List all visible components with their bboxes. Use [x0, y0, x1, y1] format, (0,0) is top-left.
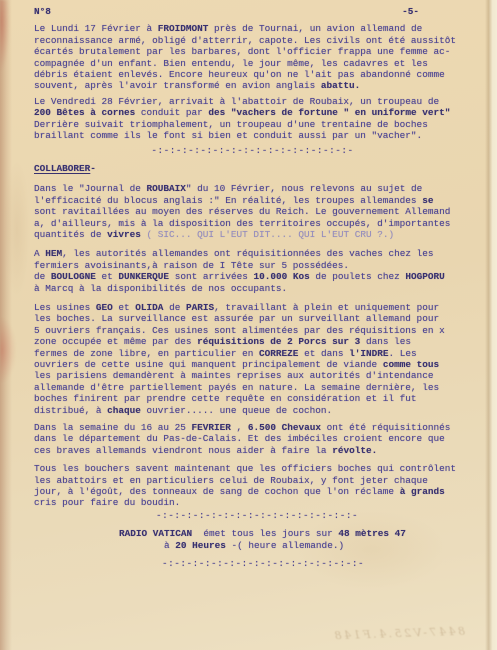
red-edge-mark-middle — [0, 318, 16, 382]
radio-vatican-announcement: RADIO VATICAN émet tous les jours sur 48… — [34, 528, 471, 551]
paragraph-horse-requisitions: Dans la semaine du 16 au 25 FEVRIER , 6.… — [34, 422, 471, 456]
section-heading-collaborer: COLLABORER- — [34, 163, 471, 174]
divider-ornament: -:-:-:-:-:-:-:-:-:-:-:-:-:-:-:-:- — [34, 145, 471, 156]
paragraph-journal-de-roubaix-blockade: Dans le "Journal de ROUBAIX" du 10 Févri… — [34, 183, 471, 240]
scanned-newsletter-page: N°8 -5- Le Lundi 17 Février à FROIDMONT … — [0, 0, 497, 650]
faint-verso-inscription: 8447-V25.4.F148 — [332, 625, 465, 643]
divider-ornament: -:-:-:-:-:-:-:-:-:-:-:-:-:-:-:-:- — [34, 558, 471, 569]
paragraph-hem-cow-requisitions: A HEM, les autorités allemandes ont réqu… — [34, 248, 471, 294]
red-edge-mark-top — [0, 0, 10, 72]
page-number: -5- — [402, 6, 419, 17]
paragraph-geo-olida-factories: Les usines GEO et OLIDA de PARIS, travai… — [34, 302, 471, 416]
issue-number: N°8 — [34, 6, 51, 17]
typewritten-content: N°8 -5- Le Lundi 17 Février à FROIDMONT … — [34, 6, 471, 569]
paragraph-butchers-pig-blood: Tous les bouchers savent maintenant que … — [34, 463, 471, 509]
divider-ornament: -:-:-:-:-:-:-:-:-:-:-:-:-:-:-:-:- — [34, 510, 471, 521]
paragraph-froidmont-plane-incident: Le Lundi 17 Février à FROIDMONT près de … — [34, 23, 471, 91]
page-right-edge — [485, 0, 497, 650]
paper-stain — [4, 160, 30, 300]
paragraph-roubaix-cattle-drive: Le Vendredi 28 Février, arrivait à l'aba… — [34, 96, 471, 142]
page-header: N°8 -5- — [34, 6, 471, 17]
page-left-edge — [0, 0, 12, 650]
